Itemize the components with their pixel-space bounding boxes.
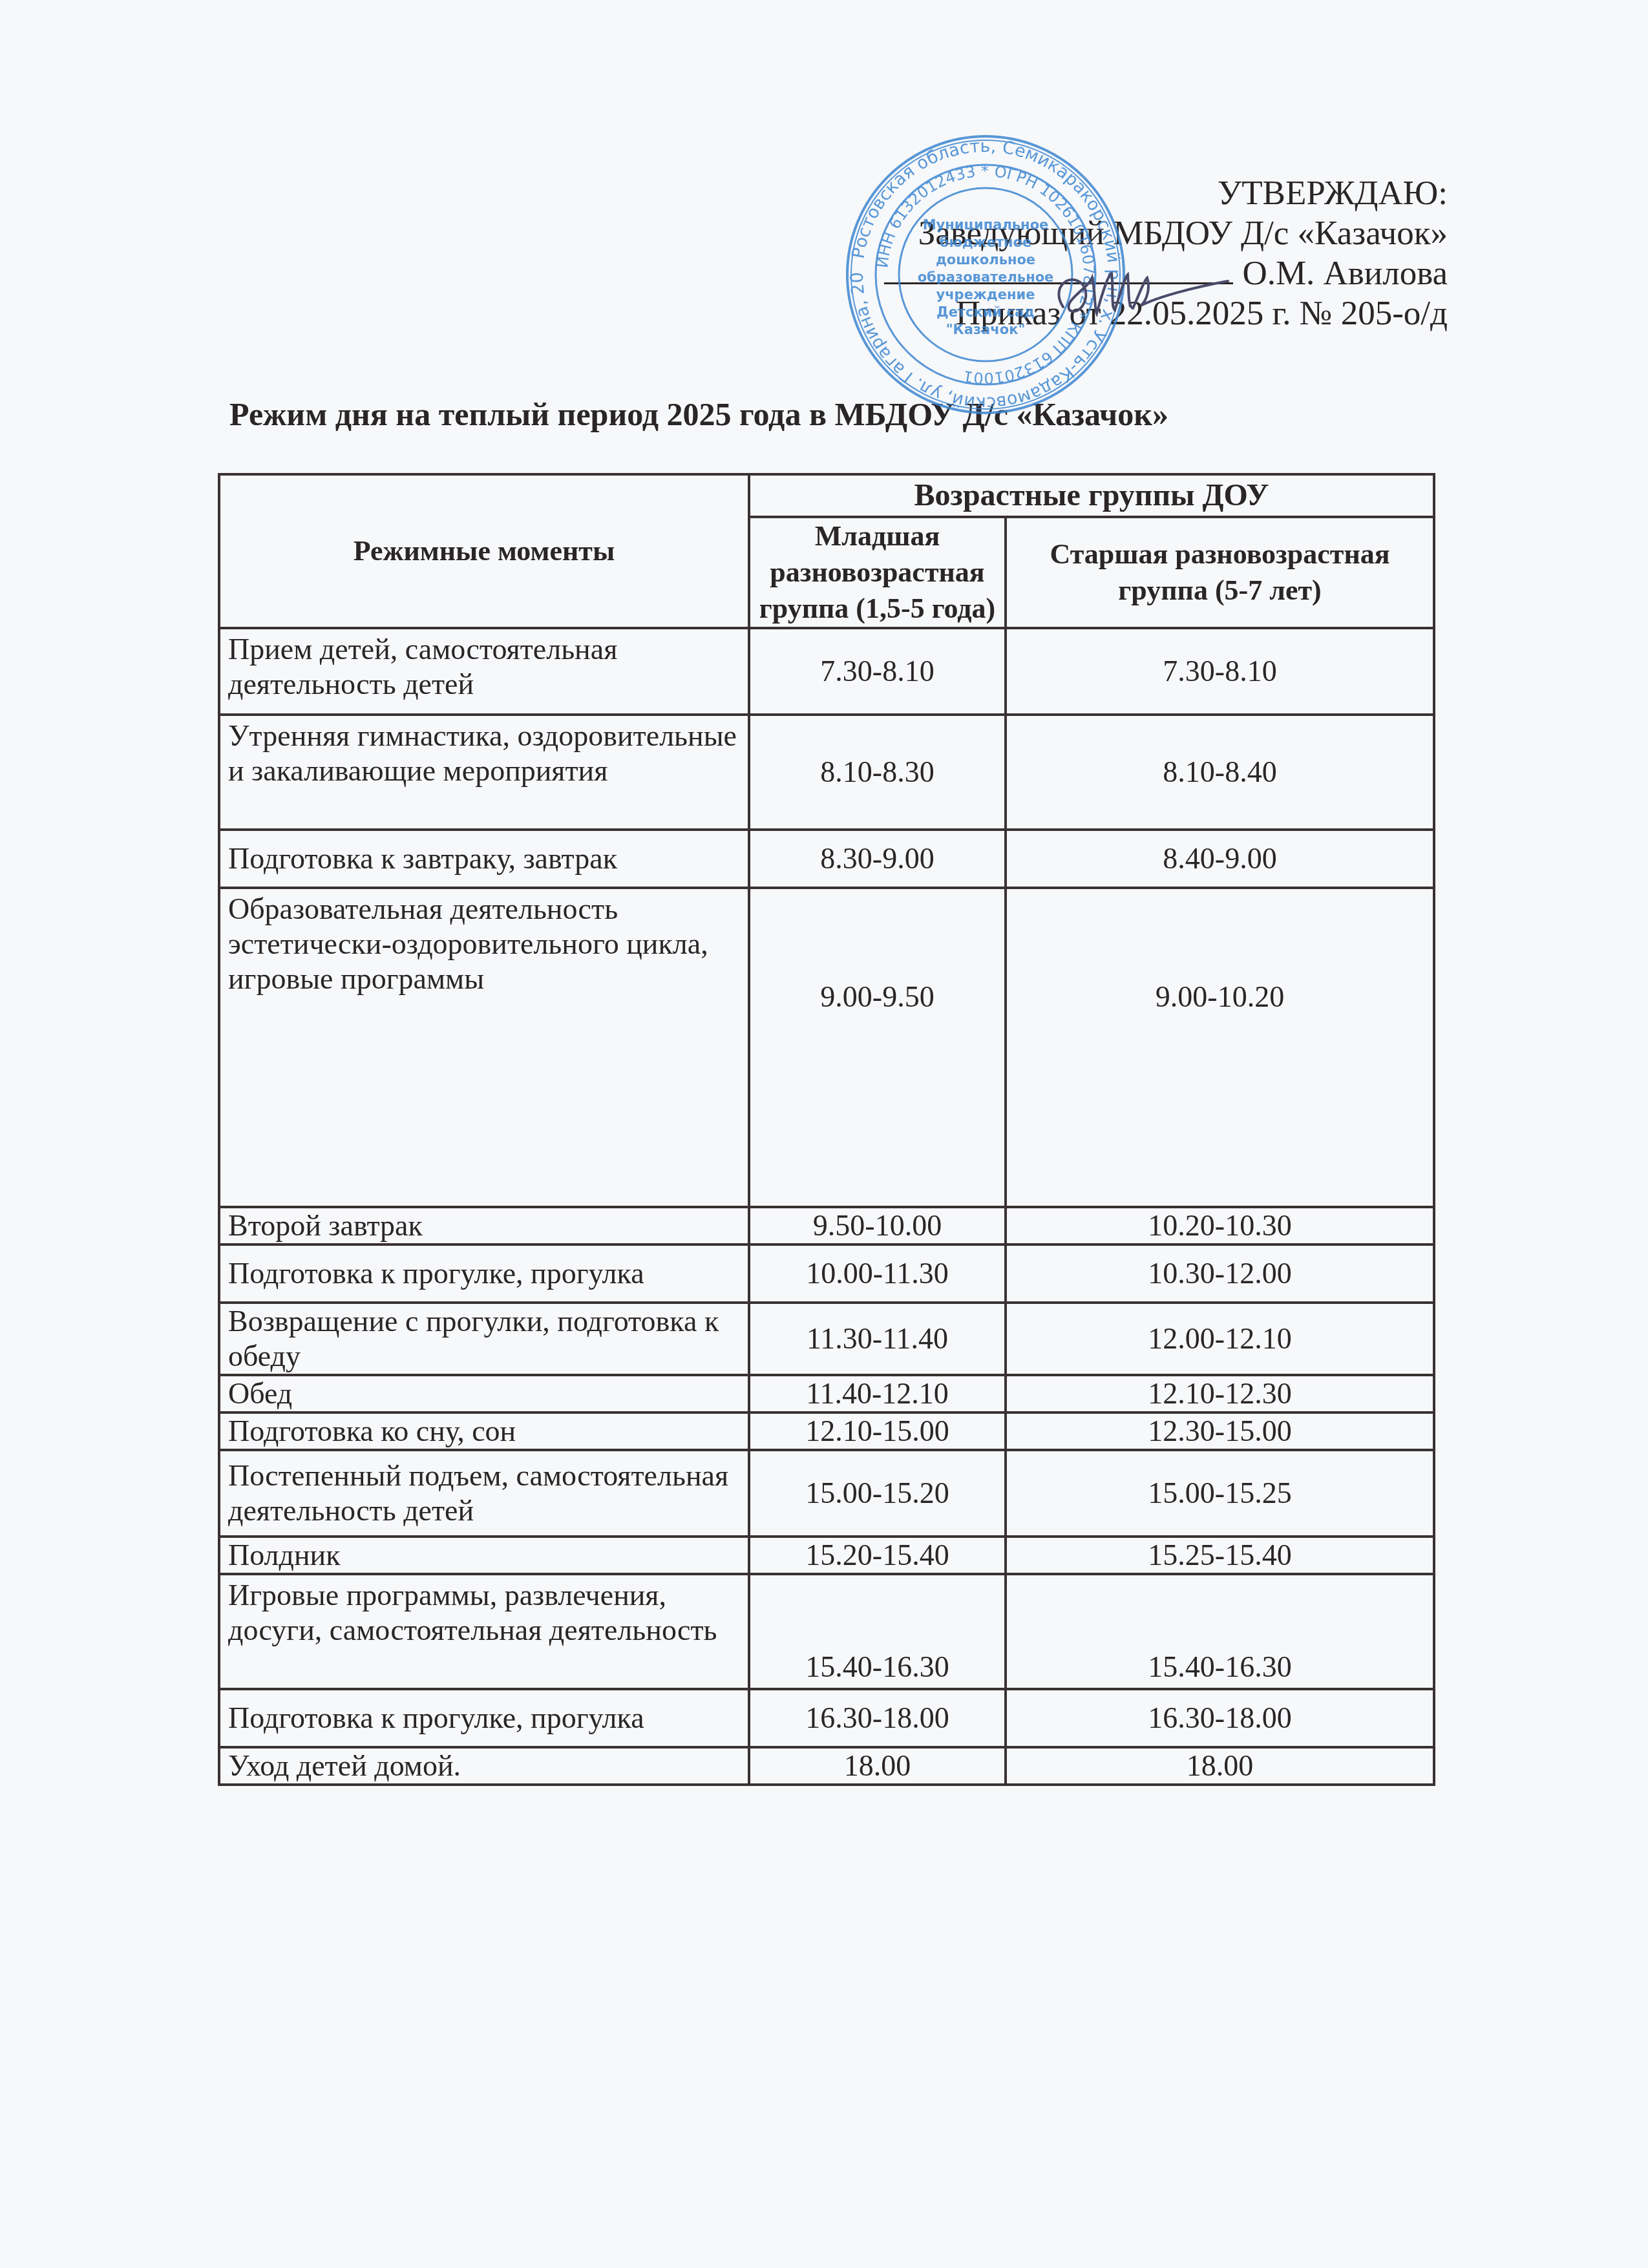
header-senior-group: Старшая разновозрастная группа (5-7 лет) [1006, 517, 1434, 628]
approval-heading: УТВЕРЖДАЮ: [884, 173, 1448, 213]
cell-moment: Образовательная деятельность эстетически… [219, 888, 749, 1207]
approval-block: УТВЕРЖДАЮ: Заведующий МБДОУ Д/с «Казачок… [884, 173, 1448, 333]
cell-senior-time: 15.25-15.40 [1006, 1537, 1434, 1574]
cell-moment: Подготовка к прогулке, прогулка [219, 1689, 749, 1747]
cell-moment: Постепенный подъем, самостоятельная деят… [219, 1450, 749, 1537]
table-row: Образовательная деятельность эстетически… [219, 888, 1434, 1207]
cell-moment: Подготовка к прогулке, прогулка [219, 1244, 749, 1303]
cell-senior-time: 18.00 [1006, 1747, 1434, 1785]
table-row: Полдник15.20-15.4015.25-15.40 [219, 1537, 1434, 1574]
cell-junior-time: 8.30-9.00 [749, 830, 1006, 888]
cell-junior-time: 12.10-15.00 [749, 1412, 1006, 1450]
cell-junior-time: 11.40-12.10 [749, 1375, 1006, 1412]
header-age-groups: Возрастные группы ДОУ [749, 474, 1434, 517]
cell-junior-time: 8.10-8.30 [749, 715, 1006, 830]
signature-line [884, 257, 1233, 284]
cell-moment: Подготовка ко сну, сон [219, 1412, 749, 1450]
cell-moment: Полдник [219, 1537, 749, 1574]
table-row: Подготовка к завтраку, завтрак8.30-9.008… [219, 830, 1434, 888]
table-row: Обед11.40-12.1012.10-12.30 [219, 1375, 1434, 1412]
header-moments: Режимные моменты [219, 474, 749, 628]
cell-moment: Уход детей домой. [219, 1747, 749, 1785]
cell-senior-time: 15.00-15.25 [1006, 1450, 1434, 1537]
table-row: Прием детей, самостоятельная деятельност… [219, 628, 1434, 715]
cell-junior-time: 10.00-11.30 [749, 1244, 1006, 1303]
cell-moment: Обед [219, 1375, 749, 1412]
table-row: Утренняя гимнастика, оздоровительные и з… [219, 715, 1434, 830]
cell-moment: Подготовка к завтраку, завтрак [219, 830, 749, 888]
cell-senior-time: 7.30-8.10 [1006, 628, 1434, 715]
table-row: Постепенный подъем, самостоятельная деят… [219, 1450, 1434, 1537]
cell-senior-time: 8.10-8.40 [1006, 715, 1434, 830]
approval-order: Приказ от 22.05.2025 г. № 205-о/д [884, 293, 1448, 333]
cell-moment: Игровые программы, развлечения, досуги, … [219, 1574, 749, 1689]
table-row: Возвращение с прогулки, подготовка к обе… [219, 1303, 1434, 1375]
approval-signatory: О.М. Авилова [1242, 255, 1448, 292]
cell-senior-time: 9.00-10.20 [1006, 888, 1434, 1207]
table-row: Игровые программы, развлечения, досуги, … [219, 1574, 1434, 1689]
page-title: Режим дня на теплый период 2025 года в М… [229, 395, 1168, 433]
table-row: Подготовка ко сну, сон12.10-15.0012.30-1… [219, 1412, 1434, 1450]
table-header-row: Режимные моменты Возрастные группы ДОУ [219, 474, 1434, 517]
cell-junior-time: 18.00 [749, 1747, 1006, 1785]
cell-moment: Прием детей, самостоятельная деятельност… [219, 628, 749, 715]
table-row: Второй завтрак9.50-10.0010.20-10.30 [219, 1207, 1434, 1244]
schedule-table: Режимные моменты Возрастные группы ДОУ М… [218, 473, 1435, 1786]
approval-position: Заведующий МБДОУ Д/с «Казачок» [884, 213, 1448, 253]
cell-junior-time: 15.20-15.40 [749, 1537, 1006, 1574]
approval-signatory-line: О.М. Авилова [884, 253, 1448, 293]
cell-junior-time: 15.00-15.20 [749, 1450, 1006, 1537]
cell-moment: Утренняя гимнастика, оздоровительные и з… [219, 715, 749, 830]
cell-senior-time: 8.40-9.00 [1006, 830, 1434, 888]
cell-senior-time: 16.30-18.00 [1006, 1689, 1434, 1747]
cell-junior-time: 16.30-18.00 [749, 1689, 1006, 1747]
cell-senior-time: 12.10-12.30 [1006, 1375, 1434, 1412]
table-row: Уход детей домой.18.0018.00 [219, 1747, 1434, 1785]
cell-junior-time: 9.50-10.00 [749, 1207, 1006, 1244]
cell-junior-time: 15.40-16.30 [749, 1574, 1006, 1689]
table-row: Подготовка к прогулке, прогулка16.30-18.… [219, 1689, 1434, 1747]
cell-senior-time: 15.40-16.30 [1006, 1574, 1434, 1689]
cell-moment: Второй завтрак [219, 1207, 749, 1244]
table-row: Подготовка к прогулке, прогулка10.00-11.… [219, 1244, 1434, 1303]
cell-senior-time: 10.20-10.30 [1006, 1207, 1434, 1244]
cell-junior-time: 11.30-11.40 [749, 1303, 1006, 1375]
header-junior-group: Младшая разновозрастная группа (1,5-5 го… [749, 517, 1006, 628]
cell-senior-time: 10.30-12.00 [1006, 1244, 1434, 1303]
cell-junior-time: 7.30-8.10 [749, 628, 1006, 715]
cell-junior-time: 9.00-9.50 [749, 888, 1006, 1207]
cell-senior-time: 12.00-12.10 [1006, 1303, 1434, 1375]
cell-senior-time: 12.30-15.00 [1006, 1412, 1434, 1450]
cell-moment: Возвращение с прогулки, подготовка к обе… [219, 1303, 749, 1375]
